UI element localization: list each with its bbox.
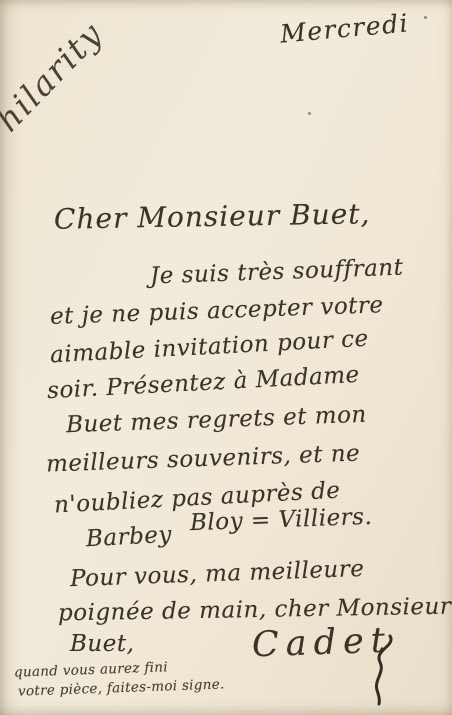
postscript-line-1: quand vous aurez fini (14, 661, 168, 680)
body-line-10: Pour vous, ma meilleure (70, 558, 365, 591)
body-line-12: Buet, (70, 633, 134, 656)
body-line-1: Je suis très souffrant (150, 257, 404, 289)
salutation-line: Cher Monsieur Buet, (54, 200, 371, 234)
letter-page: hilarity Mercredi Cher Monsieur Buet, Je… (0, 0, 452, 715)
body-line-2: et je ne puis accepter votre (50, 294, 384, 329)
body-line-9: Bloy = Villiers. (190, 506, 373, 535)
body-line-5: Buet mes regrets et mon (66, 404, 367, 437)
signature-flourish (366, 634, 400, 706)
annotation-hilarity: hilarity (0, 16, 109, 137)
body-line-11: poignée de main, cher Monsieur (58, 596, 452, 626)
body-line-3: aimable invitation pour ce (50, 328, 370, 368)
ink-speck (308, 112, 311, 115)
body-line-4: soir. Présentez à Madame (47, 364, 361, 403)
ink-speck (424, 16, 427, 19)
date-line: Mercredi (279, 10, 410, 46)
postscript-line-2: votre pièce, faites-moi signe. (18, 678, 225, 699)
body-line-6: meilleurs souvenirs, et ne (46, 443, 361, 477)
body-line-8: Barbey (85, 524, 172, 551)
